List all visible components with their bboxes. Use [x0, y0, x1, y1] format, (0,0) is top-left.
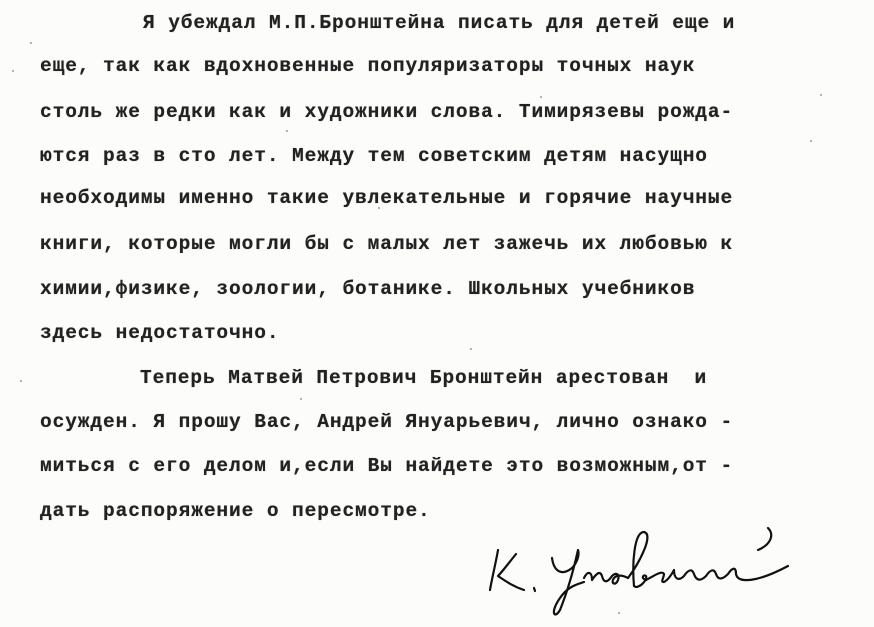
letter-page: Я убеждал М.П.Бронштейна писать для дете… [0, 0, 874, 627]
handwritten-signature [468, 520, 818, 620]
text-line: дать распоряжение о пересмотре. [40, 500, 431, 522]
text-line: необходимы именно такие увлекательные и … [40, 187, 733, 209]
text-line: миться с его делом и,если Вы найдете это… [40, 455, 733, 477]
text-line: столь же редки как и художники слова. Ти… [40, 101, 733, 123]
text-line: ются раз в сто лет. Между тем советским … [40, 145, 708, 167]
text-line: осужден. Я прошу Вас, Андрей Януарьевич,… [40, 411, 733, 433]
text-line: еще, так как вдохновенные популяризаторы… [40, 55, 695, 77]
text-line: химии,физике, зоологии, ботанике. Школьн… [40, 278, 695, 300]
text-line: книги, которые могли бы с малых лет заже… [40, 233, 733, 255]
text-line: Я убеждал М.П.Бронштейна писать для дете… [143, 12, 735, 34]
text-line: здесь недостаточно. [40, 322, 279, 344]
text-line: Теперь Матвей Петрович Бронштейн арестов… [140, 367, 707, 389]
